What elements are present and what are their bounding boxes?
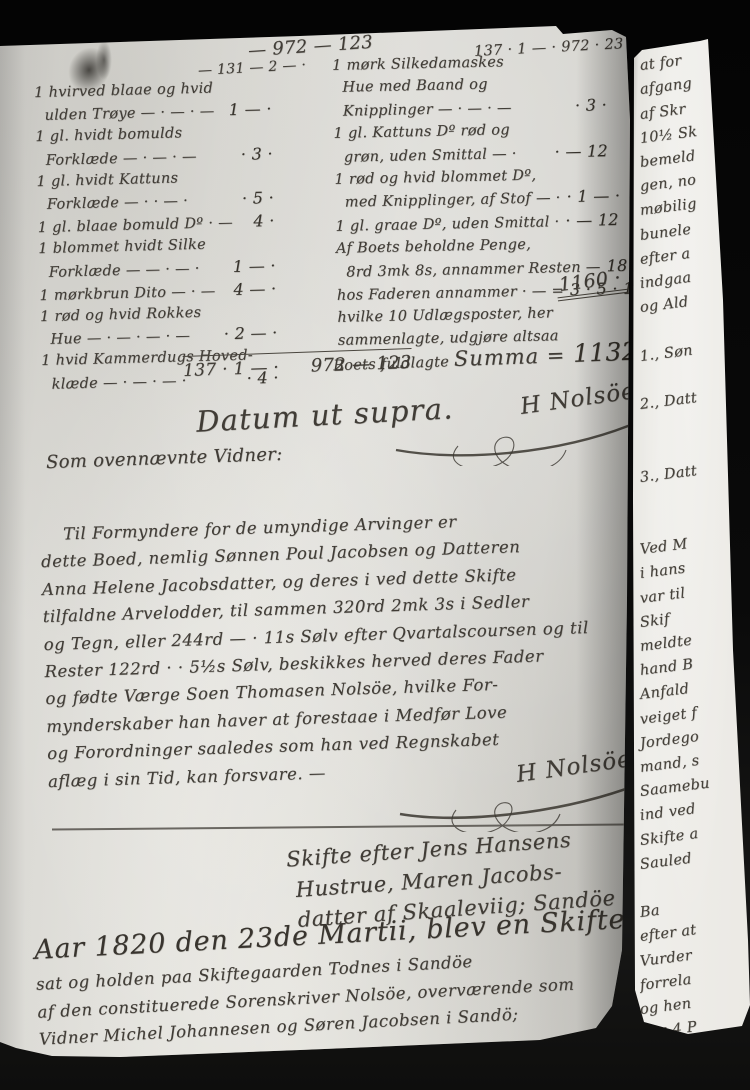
- entry-amount: 4 — ·: [233, 278, 276, 300]
- entry-text: Forklæde — · · — ·: [37, 191, 188, 216]
- inventory-entry-line: 1 rød og hvid blommet Dº,: [334, 163, 608, 191]
- entry-text: 1 blommet hvidt Silke: [38, 235, 206, 261]
- witness-line: Som ovennævnte Vidner:: [46, 444, 283, 473]
- inventory-entry-line: 1 gl. hvidt Kattuns: [36, 166, 273, 193]
- paragraph-line: dette Boed, nemlig Sønnen Poul Jacobsen …: [41, 530, 624, 576]
- entry-text: 1 hvid Kammerdugs Hoved-: [41, 346, 253, 373]
- inventory-entry-line: med Knipplinger, af Stof — · · 1 — ·: [335, 186, 609, 215]
- inventory-entry-line: 1 rød og hvid Rokkes: [40, 301, 277, 328]
- entry-text: 8rd 3mk 8s, annammer Resten —: [336, 256, 601, 284]
- paragraph-line: og fødte Værge Soen Thomasen Nolsöe, hvi…: [45, 667, 628, 713]
- inventory-entry-line: klæde — · — · — · · 4 ·: [42, 366, 280, 395]
- inventory-entry-line: 8rd 3mk 8s, annammer Resten — 18 · 13⅓: [336, 255, 610, 284]
- inventory-entry-line: 1 gl. graae Dº, uden Smittal · · — 12: [335, 209, 609, 238]
- entry-amount: · — 12: [554, 140, 608, 164]
- entry-text: 1 gl. Kattuns Dº rød og: [333, 119, 510, 145]
- inventory-entry-line: Forklæde — — · — · 1 — ·: [39, 255, 277, 284]
- inventory-entry-line: 1 gl. hvidt bomulds: [35, 121, 272, 148]
- opening-paragraph: Aar 1820 den 23de Martii, blev en Skifte…: [33, 898, 643, 1053]
- entry-text: Forklæde — · — · —: [36, 147, 197, 172]
- paragraph-line: Til Formyndere for de umyndige Arvinger …: [40, 503, 623, 549]
- sum-left-value: 137 · 1 — ·: [183, 358, 280, 381]
- entry-text: 1 gl. graae Dº, uden Smittal ·: [335, 211, 559, 238]
- ink-smudge: [60, 40, 118, 101]
- inventory-entry-line: Hue — · — · — · — · 2 — ·: [40, 322, 278, 351]
- entry-text: hvilke 10 Udlægsposter, her: [337, 303, 553, 330]
- inventory-entry-line: 1 gl. Kattuns Dº rød og: [333, 117, 607, 145]
- entry-amount: · 4 ·: [246, 366, 279, 388]
- paragraph-line: mynderskaber han haver at forestaae i Me…: [46, 695, 629, 741]
- entry-text: med Knipplinger, af Stof — ·: [335, 188, 561, 215]
- inventory-entry-line: Af Boets beholdne Penge,: [336, 232, 610, 260]
- paragraph-line: aflæg i sin Tid, kan forsvare. —: [48, 749, 631, 795]
- inventory-entry-line: sammenlagte, udgjøre altsaa: [338, 324, 612, 352]
- column-sum: 137 · 1 — · 972 — 123: [183, 348, 412, 381]
- opening-line: af den constituerede Sorenskriver Nolsöe…: [37, 967, 642, 1026]
- entry-text: 1 rød og hvid blommet Dº,: [334, 165, 536, 192]
- entry-amount: · 3 ·: [241, 143, 274, 165]
- entry-text: ulden Trøye — · — · —: [35, 102, 215, 128]
- sum-right-value: 972 — 123: [310, 352, 412, 377]
- inventory-entry-line: 1 blommet hvidt Silke: [38, 233, 275, 260]
- entry-amount: 1 — ·: [233, 255, 276, 277]
- signature-flourish: [398, 772, 638, 832]
- signature-block: H Nolsöe: [398, 754, 638, 834]
- inventory-entry-line: 1 hvid Kammerdugs Hoved-: [41, 345, 278, 372]
- scanned-book-photo: — 972 — 123 — 131 — 2 — · 137 · 1 — · 97…: [0, 0, 750, 1090]
- entry-amount: · 2 — ·: [224, 322, 278, 345]
- entry-text: Hue — · — · — · —: [40, 326, 190, 351]
- opening-first-line: Aar 1820 den 23de Martii, blev en Skifte…: [33, 898, 638, 971]
- paragraph-line: og Tegn, eller 244rd — · 11s Sølv efter …: [43, 612, 626, 658]
- carried-sum-right: 137 · 1 — · 972 · 23: [474, 36, 624, 60]
- entry-text: Forklæde — — · — ·: [39, 259, 200, 284]
- carried-sum-left: — 972 — 123: [247, 32, 373, 62]
- inventory-entry-line: Forklæde — · — · — · 3 ·: [36, 143, 274, 172]
- entry-text: Hue med Baand og: [332, 74, 488, 100]
- entry-text: sammenlagte, udgjøre altsaa: [338, 325, 559, 352]
- entry-text: 1 gl. hvidt bomulds: [35, 124, 183, 149]
- inventory-entry-line: grøn, uden Smittal — · · — 12: [334, 140, 608, 169]
- entry-amount: · 3 ·: [575, 94, 607, 117]
- heading-line: Hustrue, Maren Jacobs-: [287, 850, 648, 906]
- next-page-edge: fand 6at forafgangaf Skr10½ Skbemeldgen,…: [630, 0, 750, 1090]
- entry-amount: · 1 — ·: [566, 185, 620, 209]
- inventory-entry-line: 1 gl. blaae bomuld Dº · — 4 ·: [37, 210, 275, 239]
- entry-amount: 1 — ·: [228, 98, 271, 120]
- guardianship-paragraph: Til Formyndere for de umyndige Arvinger …: [40, 503, 630, 795]
- entry-amount: 3 · 5 · 14: [570, 277, 645, 301]
- entry-text: 1 rød og hvid Rokkes: [40, 303, 202, 328]
- inventory-entry-line: 1 hvirved blaae og hvid: [34, 77, 271, 104]
- inventory-entry-line: 1 mørkbrun Dito — · — 4 — ·: [39, 278, 277, 307]
- entry-text: 1 mørkbrun Dito — · —: [39, 281, 216, 307]
- inventory-entry-line: Hue med Baand og: [332, 72, 606, 100]
- signature-name: H Nolsöe: [515, 746, 633, 788]
- entry-amount: 4 ·: [253, 210, 275, 232]
- inventory-entry-line: 1 mørk Silkedamaskes: [332, 49, 606, 77]
- heading-line: Skifte efter Jens Hansens: [285, 820, 646, 876]
- manuscript-page: — 972 — 123 — 131 — 2 — · 137 · 1 — · 97…: [0, 0, 633, 1090]
- signature-flourish: [392, 404, 642, 466]
- entry-amount: · — 12: [565, 209, 619, 233]
- entry-text: Knipplinger — · — · —: [333, 97, 512, 123]
- entry-text: klæde — · — · — ·: [42, 371, 187, 396]
- opening-rest: sat og holden paa Skiftegaarden Todnes i…: [35, 939, 643, 1053]
- signature-block: H Nolsöe: [392, 386, 642, 466]
- datum-ut-supra: Datum ut supra.: [195, 391, 454, 438]
- inventory-entry-line: ulden Trøye — · — · — 1 — ·: [35, 98, 273, 127]
- paragraph-line: Anna Helene Jacobsdatter, og deres i ved…: [42, 558, 625, 604]
- inventory-column-right: 1 mørk Silkedamaskes Hue med Baand og Kn…: [332, 49, 612, 352]
- ink-smudge: [96, 40, 112, 80]
- inventory-entry-line: hos Faderen annammer · — = 3 · 5 · 14: [337, 278, 611, 307]
- paragraph-line: Rester 122rd · · 5½s Sølv, beskikkes her…: [44, 640, 627, 686]
- section-divider: [52, 823, 629, 830]
- entry-amount: · 5 ·: [242, 187, 275, 209]
- inventory-entry-line: hvilke 10 Udlægsposter, her: [337, 302, 611, 330]
- heading-line: datter af Skaaleviig; Sandöe: [290, 880, 651, 936]
- carried-sum-left-sub: — 131 — 2 — ·: [198, 57, 307, 79]
- inventory-entry-line: Forklæde — · · — · · 5 ·: [37, 187, 275, 216]
- summa-line: Boets fuldlagte Summa = 1132 · 2 · ·: [333, 337, 634, 376]
- entry-text: Af Boets beholdne Penge,: [336, 234, 532, 260]
- entry-text: 1 hvirved blaae og hvid: [34, 78, 213, 104]
- entry-text: hos Faderen annammer · — =: [337, 280, 564, 307]
- opening-line: sat og holden paa Skiftegaarden Todnes i…: [35, 939, 640, 998]
- entry-text: grøn, uden Smittal — ·: [334, 143, 517, 169]
- inventory-entry-line: Knipplinger — · — · — · 3 ·: [333, 94, 607, 123]
- inventory-column-left: 1 hvirved blaae og hvid ulden Trøye — · …: [34, 77, 279, 396]
- section-heading: Skifte efter Jens Hansens Hustrue, Maren…: [285, 820, 651, 936]
- entry-text: 1 gl. blaae bomuld Dº · —: [37, 213, 233, 239]
- summa-word: Summa =: [454, 343, 574, 371]
- signature-name: H Nolsöe: [519, 378, 637, 420]
- opening-line: Vidner Michel Johannesen og Søren Jacobs…: [38, 994, 643, 1053]
- paragraph-line: og Forordninger saaledes som han ved Reg…: [47, 722, 630, 768]
- entry-text: 1 mørk Silkedamaskes: [332, 51, 504, 77]
- entry-text: 1 gl. hvidt Kattuns: [36, 168, 178, 193]
- summa-prefix: Boets fuldlagte: [333, 354, 454, 374]
- next-page-text-fragments: fand 6at forafgangaf Skr10½ Skbemeldgen,…: [640, 30, 748, 1046]
- paragraph-line: tilfaldne Arvelodder, til sammen 320rd 2…: [42, 585, 625, 631]
